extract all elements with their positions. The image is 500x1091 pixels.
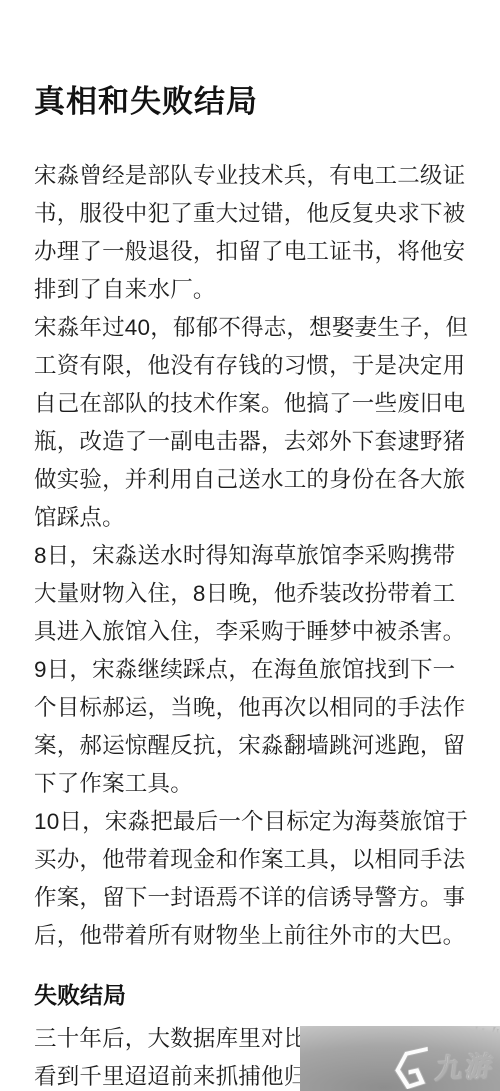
text-line: 宋淼年过40，郁郁不得志，想娶妻生子，但 bbox=[34, 309, 468, 347]
text-line: 瓶，改造了一副电击器，去郊外下套逮野猪 bbox=[34, 423, 468, 461]
text-line: 案，郝运惊醒反抗，宋淼翻墙跳河逃跑，留 bbox=[34, 727, 468, 765]
text-line: 个目标郝运，当晚，他再次以相同的手法作 bbox=[34, 689, 468, 727]
text-line: 9日，宋淼继续踩点，在海鱼旅馆找到下一 bbox=[34, 651, 468, 689]
text-line: 作案，留下一封语焉不详的信诱导警方。事 bbox=[34, 879, 468, 917]
text-line: 下了作案工具。 bbox=[34, 765, 468, 803]
text-line: 书，服役中犯了重大过错，他反复央求下被 bbox=[34, 195, 468, 233]
text-line: 具进入旅馆入住，李采购于睡梦中被杀害。 bbox=[34, 613, 468, 651]
watermark: 九游 bbox=[393, 1042, 497, 1089]
page-title: 真相和失败结局 bbox=[34, 85, 258, 119]
text-line: 10日，宋淼把最后一个目标定为海葵旅馆于 bbox=[34, 803, 468, 841]
text-line: 排到了自来水厂。 bbox=[34, 271, 468, 309]
article-page: 真相和失败结局 宋淼曾经是部队专业技术兵，有电工二级证书，服役中犯了重大过错，他… bbox=[0, 0, 500, 1091]
text-line: 大量财物入住，8日晚，他乔装改扮带着工 bbox=[34, 575, 468, 613]
text-line: 做实验，并利用自己送水工的身份在各大旅 bbox=[34, 461, 468, 499]
text-line: 后，他带着所有财物坐上前往外市的大巴。 bbox=[34, 917, 468, 955]
watermark-brand-text: 九游 bbox=[434, 1044, 499, 1086]
text-line: 买办，他带着现金和作案工具，以相同手法 bbox=[34, 841, 468, 879]
9game-logo-icon bbox=[391, 1046, 432, 1090]
article-body: 宋淼曾经是部队专业技术兵，有电工二级证书，服役中犯了重大过错，他反复央求下被办理… bbox=[34, 157, 468, 955]
section-heading-fail-ending: 失败结局 bbox=[34, 982, 126, 1010]
text-line: 自己在部队的技术作案。他搞了一些废旧电 bbox=[34, 385, 468, 423]
text-line: 8日，宋淼送水时得知海草旅馆李采购携带 bbox=[34, 537, 468, 575]
text-line: 工资有限，他没有存钱的习惯，于是决定用 bbox=[34, 347, 468, 385]
text-line: 办理了一般退役，扣留了电工证书，将他安 bbox=[34, 233, 468, 271]
text-line: 宋淼曾经是部队专业技术兵，有电工二级证 bbox=[34, 157, 468, 195]
text-line: 馆踩点。 bbox=[34, 499, 468, 537]
watermark-overlay: 九游 bbox=[300, 1026, 500, 1091]
